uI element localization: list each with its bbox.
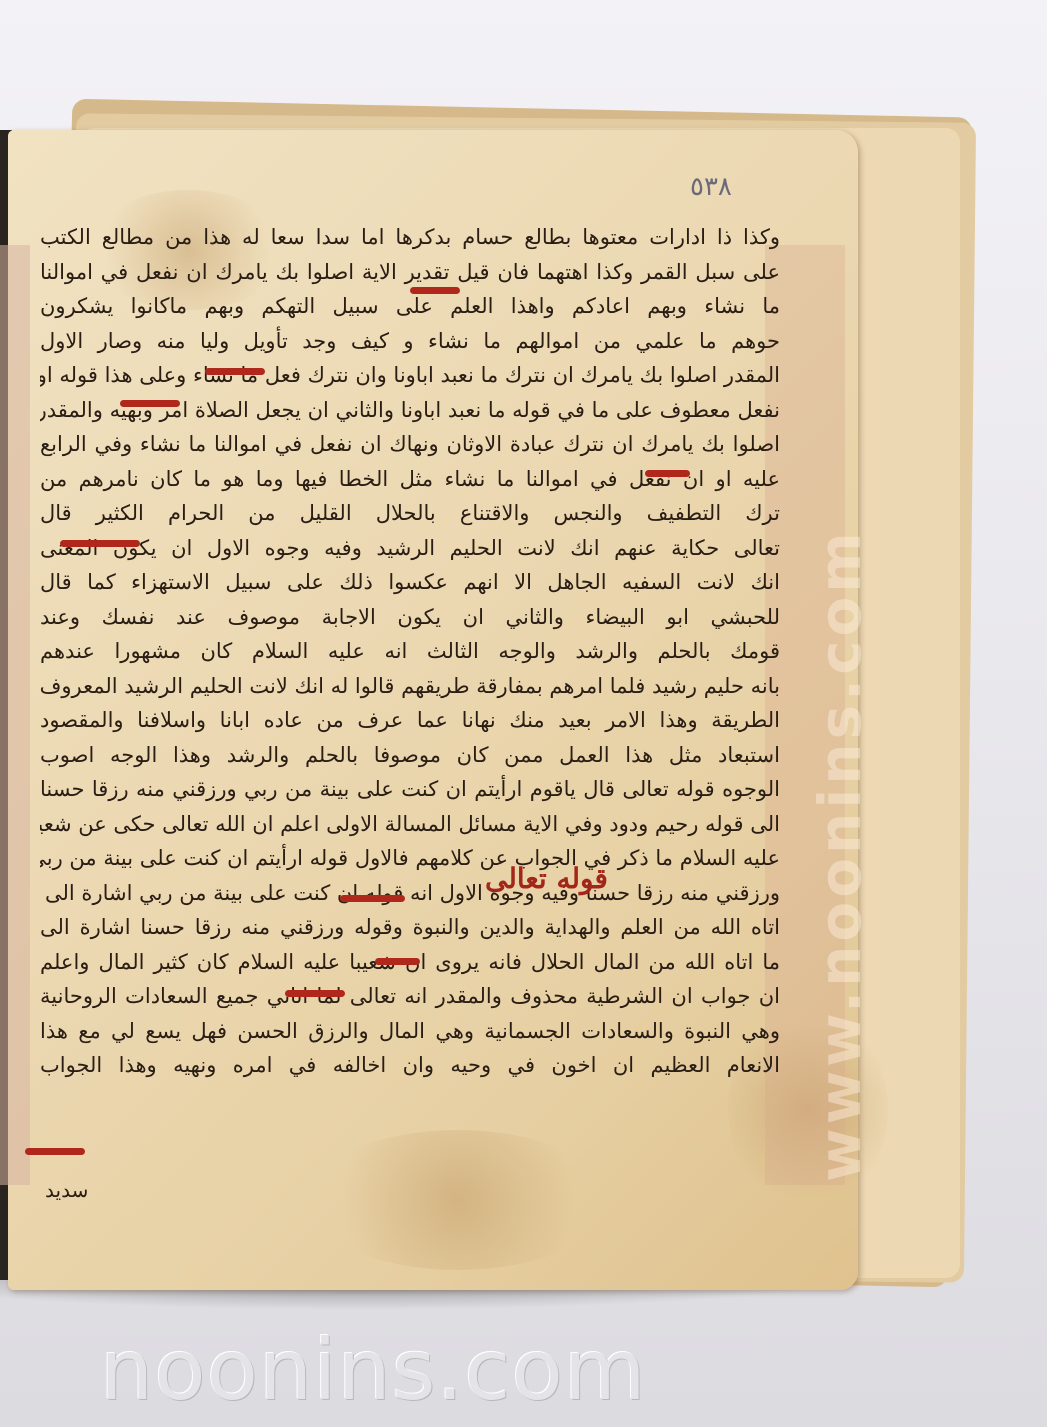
folio-number: ٥٣٨	[690, 172, 732, 202]
text-line: الطريقة وهذا الامر بعيد منك نهانا عما عر…	[40, 703, 780, 738]
text-line: المقدر اصلوا بك يامرك ان نترك ما نعبد اب…	[40, 358, 780, 393]
rubric-stroke	[25, 1148, 85, 1155]
watermark-band	[0, 245, 30, 1185]
water-stain	[308, 1130, 608, 1270]
text-line: ان جواب ان الشرطية محذوف والمقدر انه تعا…	[40, 979, 780, 1014]
text-line: الانعام العظيم ان اخون في وحيه وان اخالف…	[40, 1048, 780, 1083]
text-line: عليه او ان نفعل في اموالنا ما نشاء مثل ا…	[40, 462, 780, 497]
text-line: ترك التطفيف والنجس والاقتناع بالحلال الق…	[40, 496, 780, 531]
text-line: الوجوه قوله تعالى قال ياقوم ارأيتم ان كن…	[40, 772, 780, 807]
text-line: اصلوا بك يامرك ان نترك عبادة الاوثان ونه…	[40, 427, 780, 462]
rubric-stroke	[375, 958, 420, 965]
rubric-stroke	[205, 368, 265, 375]
text-line: اتاه الله من العلم والهداية والدين والنب…	[40, 910, 780, 945]
text-line: على سبل القمر وكذا اهتهما فان قيل تقدير …	[40, 255, 780, 290]
text-line: استبعاد مثل هذا العمل ممن كان موصوفا بال…	[40, 738, 780, 773]
catchword: سديد	[45, 1178, 88, 1202]
rubric-stroke	[645, 470, 690, 477]
text-line: وكذا ذا ادارات معتوها بطالع حسام بدكرها …	[40, 220, 780, 255]
text-line: وهي النبوة والسعادات الجسمانية وهي المال…	[40, 1014, 780, 1049]
text-line: للحبشي ابو البيضاء والثاني ان يكون الاجا…	[40, 600, 780, 635]
rubric-stroke	[410, 287, 460, 294]
text-line: قومك بالحلم والرشد والوجه الثالث انه علي…	[40, 634, 780, 669]
manuscript-text: وكذا ذا ادارات معتوها بطالع حسام بدكرها …	[40, 220, 780, 1083]
rubric-stroke	[120, 400, 180, 407]
vertical-watermark: www.noonins.com	[800, 520, 880, 1190]
text-line: تعالى حكاية عنهم انك لانت الحليم الرشيد …	[40, 531, 780, 566]
red-heading: قوله تعالى	[485, 862, 608, 895]
bottom-watermark: noonins.com	[100, 1330, 720, 1410]
text-line: بانه حليم رشيد فلما امرهم بمفارقة طريقهم…	[40, 669, 780, 704]
rubric-stroke	[285, 990, 345, 997]
text-line: ورزقني منه رزقا حسنا وفيه وجوه الاول انه…	[40, 876, 780, 911]
text-line: ما نشاء وبهم اعادكم واهذا العلم على سبيل…	[40, 289, 780, 324]
text-line: عليه السلام ما ذكر في الجواب عن كلامهم ف…	[40, 841, 780, 876]
text-line: حوهم ما علمي من اموالهم ما نشاء و كيف وج…	[40, 324, 780, 359]
rubric-stroke	[60, 540, 140, 547]
text-line: الى قوله رحيم ودود وفي الاية مسائل المسا…	[40, 807, 780, 842]
text-line: نفعل معطوف على ما في قوله ما نعبد اباونا…	[40, 393, 780, 428]
text-line: انك لانت السفيه الجاهل الا انهم عكسوا ذل…	[40, 565, 780, 600]
rubric-stroke	[340, 895, 405, 902]
